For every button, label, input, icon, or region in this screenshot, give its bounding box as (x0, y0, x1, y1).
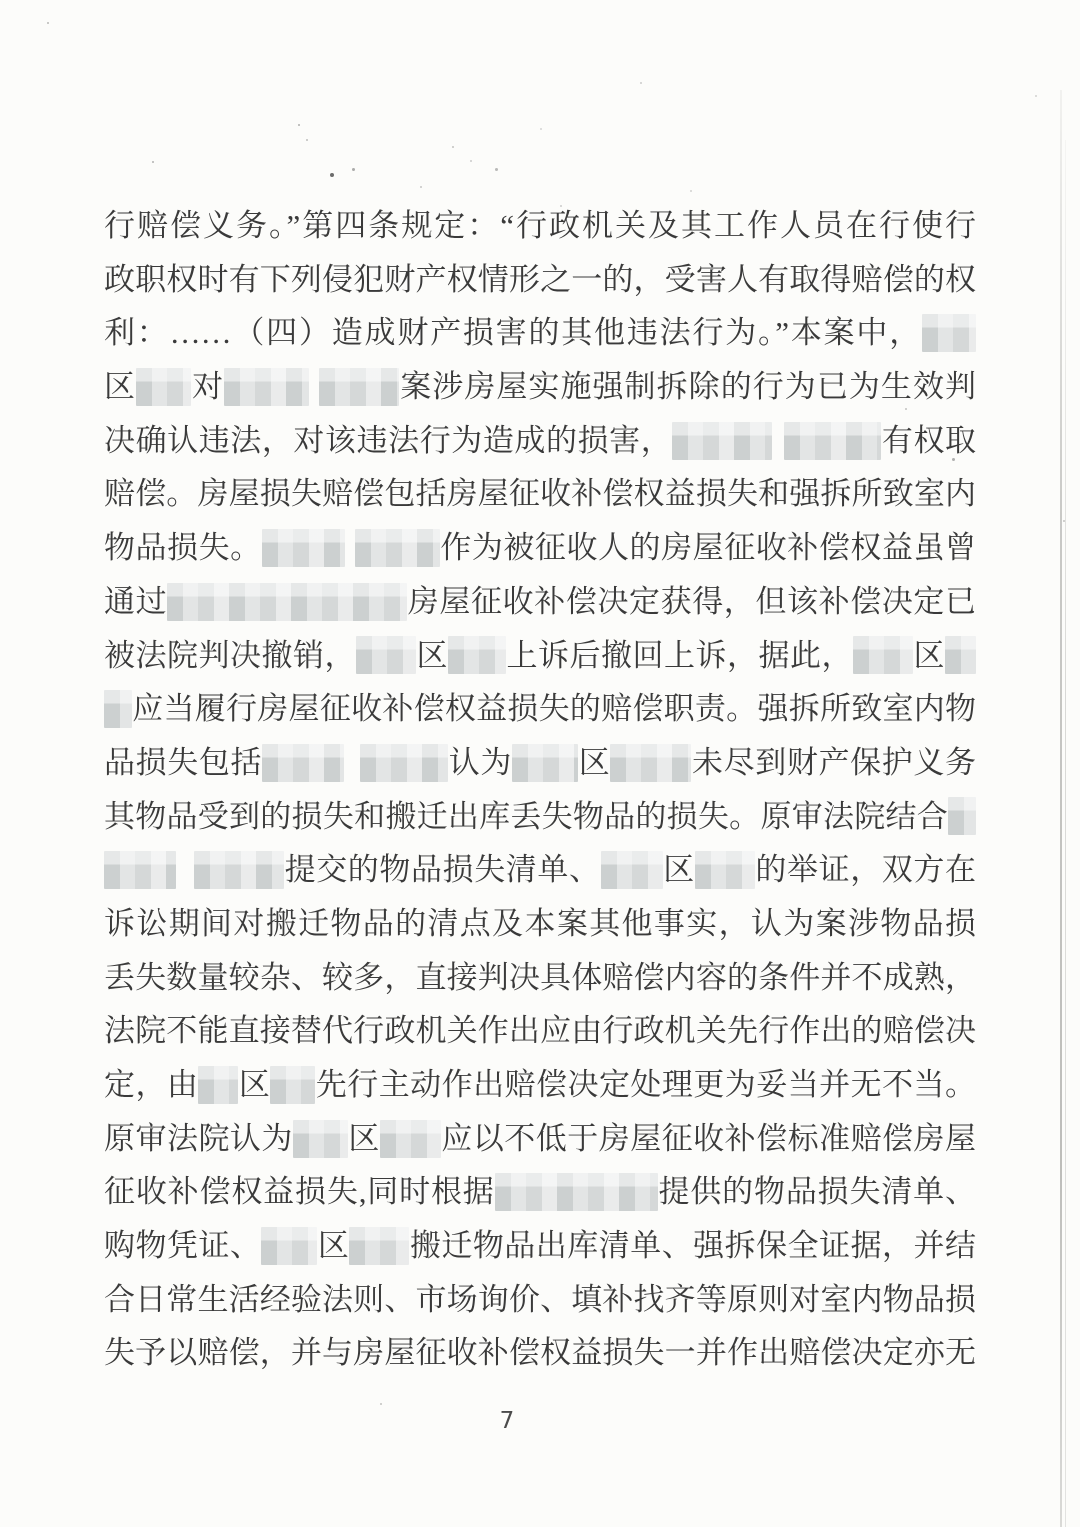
text-segment: 丢失数量较杂、较多，直接判决具体赔偿内容的条件并不成熟， (104, 960, 976, 995)
scan-edge-line-faint (1065, 140, 1066, 1527)
scan-speckle (905, 408, 907, 410)
text-line: 定，由区先行主动作出赔偿决定处理更为妥当并无不当。 (104, 1058, 976, 1112)
redaction-block (349, 1227, 409, 1265)
scanned-court-document-page: 行赔偿义务。”第四条规定：“行政机关及其工作人员在行使行政职权时有下列侵犯财产权… (0, 0, 1080, 1527)
scan-speckle (560, 205, 562, 207)
text-segment: 区 (238, 1067, 270, 1102)
redaction-block (198, 1066, 238, 1104)
text-line: 失予以赔偿，并与房屋征收补偿权益损失一并作出赔偿决定亦无 (104, 1326, 976, 1380)
text-segment: 原审法院认为 (104, 1121, 293, 1156)
text-line: 法院不能直接替代行政机关作出应由行政机关先行作出的赔偿决 (104, 1004, 976, 1058)
text-segment: 政职权时有下列侵犯财产权情形之一的，受害人有取得赔偿的权 (104, 262, 976, 297)
scan-speckle (306, 139, 308, 141)
redaction-gap (345, 556, 355, 558)
text-segment: 购物凭证、 (104, 1228, 261, 1263)
page-number: 7 (0, 1408, 1014, 1434)
redaction-block (262, 529, 345, 567)
text-segment: 定，由 (104, 1067, 198, 1102)
text-segment: 其物品受到的损失和搬迁出库丢失物品的损失。原审法院结合 (104, 799, 948, 834)
text-line: 赔偿。房屋损失赔偿包括房屋征收补偿权益损失和强拆所致室内 (104, 467, 976, 521)
scan-speckle (298, 124, 300, 126)
text-segment: 区 (104, 369, 136, 404)
text-segment: 合日常生活经验法则、市场询价、填补找齐等原则对室内物品损 (104, 1282, 976, 1317)
scan-speckle (922, 390, 924, 392)
redaction-block (784, 422, 881, 460)
text-segment: 区 (913, 638, 945, 673)
redaction-block (194, 851, 284, 889)
scan-speckle (380, 1403, 382, 1405)
text-segment: 案涉房屋实施强制拆除的行为已为生效判 (399, 369, 976, 404)
redaction-gap (176, 878, 194, 880)
scan-speckle (330, 173, 334, 177)
text-line: 区对案涉房屋实施强制拆除的行为已为生效判 (104, 360, 976, 414)
redaction-block (948, 797, 976, 835)
text-segment: 的举证，双方在 (755, 852, 976, 887)
text-line: 利：……（四）造成财产损害的其他违法行为。”本案中， (104, 306, 976, 360)
redaction-gap (344, 771, 360, 773)
redaction-block (853, 636, 913, 674)
redaction-block (355, 529, 440, 567)
text-segment: 应当履行房屋征收补偿权益损失的赔偿职责。强拆所致室内物 (132, 691, 976, 726)
redaction-block (293, 1120, 348, 1158)
text-line: 被法院判决撤销，区上诉后撤回上诉，据此，区 (104, 629, 976, 683)
redaction-block (945, 636, 976, 674)
scan-speckle (470, 160, 472, 162)
text-line: 应当履行房屋征收补偿权益损失的赔偿职责。强拆所致室内物 (104, 682, 976, 736)
redaction-block (104, 851, 176, 889)
text-segment: 区 (317, 1228, 349, 1263)
scan-speckle (1035, 95, 1037, 97)
text-segment: 搬迁物品出库清单、强拆保全证据，并结 (409, 1228, 976, 1263)
redaction-gap (772, 449, 784, 451)
redaction-block (695, 851, 755, 889)
scan-speckle (352, 168, 355, 171)
text-segment: 利：……（四）造成财产损害的其他违法行为。”本案中， (104, 315, 922, 350)
redaction-block (262, 744, 344, 782)
text-segment: 区 (663, 852, 695, 887)
text-segment: 失予以赔偿，并与房屋征收补偿权益损失一并作出赔偿决定亦无 (104, 1335, 976, 1370)
scan-speckle (640, 82, 642, 84)
scan-speckle (918, 440, 920, 442)
scan-speckle (495, 168, 498, 171)
scan-speckle (430, 230, 432, 232)
text-segment: 征收补偿权益损失,同时根据 (104, 1174, 495, 1209)
text-segment: 品损失包括 (104, 745, 262, 780)
text-segment: 提交的物品损失清单、 (284, 852, 601, 887)
redaction-block (672, 422, 772, 460)
text-line: 丢失数量较杂、较多，直接判决具体赔偿内容的条件并不成熟， (104, 951, 976, 1005)
text-segment: 提供的物品损失清单、 (658, 1174, 976, 1209)
text-segment: 区 (416, 638, 448, 673)
redaction-block (319, 368, 399, 406)
text-segment: 赔偿。房屋损失赔偿包括房屋征收补偿权益损失和强拆所致室内 (104, 476, 976, 511)
text-line: 购物凭证、区搬迁物品出库清单、强拆保全证据，并结 (104, 1219, 976, 1273)
text-segment: 对 (191, 369, 224, 404)
document-text: 行赔偿义务。”第四条规定：“行政机关及其工作人员在行使行政职权时有下列侵犯财产权… (104, 199, 976, 1380)
text-line: 合日常生活经验法则、市场询价、填补找齐等原则对室内物品损 (104, 1273, 976, 1327)
scan-speckle (952, 458, 955, 461)
scan-speckle (47, 22, 49, 24)
redaction-block (922, 314, 976, 352)
text-line: 物品损失。作为被征收人的房屋征收补偿权益虽曾 (104, 521, 976, 575)
scan-speckle (540, 128, 542, 130)
redaction-gap (309, 395, 319, 397)
redaction-block (356, 636, 416, 674)
scan-edge-line (1060, 90, 1062, 1527)
redaction-block (270, 1066, 315, 1104)
redaction-block (104, 690, 132, 728)
redaction-block (136, 368, 191, 406)
scan-speckle (452, 146, 454, 148)
text-segment: 作为被征收人的房屋征收补偿权益虽曾 (440, 530, 976, 565)
text-segment: 先行主动作出赔偿决定处理更为妥当并无不当。 (315, 1067, 976, 1102)
text-line: 政职权时有下列侵犯财产权情形之一的，受害人有取得赔偿的权 (104, 253, 976, 307)
text-segment: 区 (348, 1121, 380, 1156)
scan-speckle (457, 483, 460, 486)
redaction-block (261, 1227, 317, 1265)
text-segment: 通过 (104, 584, 167, 619)
text-line: 通过房屋征收补偿决定获得，但该补偿决定已 (104, 575, 976, 629)
text-line: 行赔偿义务。”第四条规定：“行政机关及其工作人员在行使行 (104, 199, 976, 253)
text-line: 原审法院认为区应以不低于房屋征收补偿标准赔偿房屋 (104, 1112, 976, 1166)
text-segment: 认为 (448, 745, 512, 780)
text-segment: 房屋征收补偿决定获得，但该补偿决定已 (407, 584, 976, 619)
redaction-block (610, 744, 691, 782)
text-line: 决确认违法，对该违法行为造成的损害，有权取得 (104, 414, 976, 468)
scan-speckle (152, 161, 154, 163)
text-segment: 被法院判决撤销， (104, 638, 356, 673)
text-line: 提交的物品损失清单、区的举证，双方在 (104, 843, 976, 897)
text-segment: 区 (578, 745, 610, 780)
text-line: 征收补偿权益损失,同时根据提供的物品损失清单、 (104, 1165, 976, 1219)
redaction-block (601, 851, 663, 889)
text-segment: 物品损失。 (104, 530, 262, 565)
redaction-block (380, 1120, 441, 1158)
text-segment: 上诉后撤回上诉，据此， (506, 638, 853, 673)
redaction-block (167, 583, 407, 621)
scan-speckle (420, 186, 422, 188)
text-line: 品损失包括认为区未尽到财产保护义务致 (104, 736, 976, 790)
redaction-block (224, 368, 309, 406)
redaction-block (512, 744, 578, 782)
text-segment: 诉讼期间对搬迁物品的清点及本案其他事实，认为案涉物品损失、 (104, 906, 976, 951)
text-segment: 决确认违法，对该违法行为造成的损害， (104, 423, 672, 458)
redaction-block (360, 744, 448, 782)
text-line: 诉讼期间对搬迁物品的清点及本案其他事实，认为案涉物品损失、 (104, 897, 976, 951)
text-segment: 行赔偿义务。”第四条规定：“行政机关及其工作人员在行使行 (104, 208, 976, 243)
scan-speckle (690, 190, 692, 192)
text-segment: 法院不能直接替代行政机关作出应由行政机关先行作出的赔偿决 (104, 1013, 976, 1048)
redaction-block (448, 636, 506, 674)
text-line: 其物品受到的损失和搬迁出库丢失物品的损失。原审法院结合 (104, 790, 976, 844)
text-segment: 应以不低于房屋征收补偿标准赔偿房屋 (441, 1121, 976, 1156)
scan-speckle (1063, 520, 1065, 522)
redaction-block (495, 1173, 658, 1211)
